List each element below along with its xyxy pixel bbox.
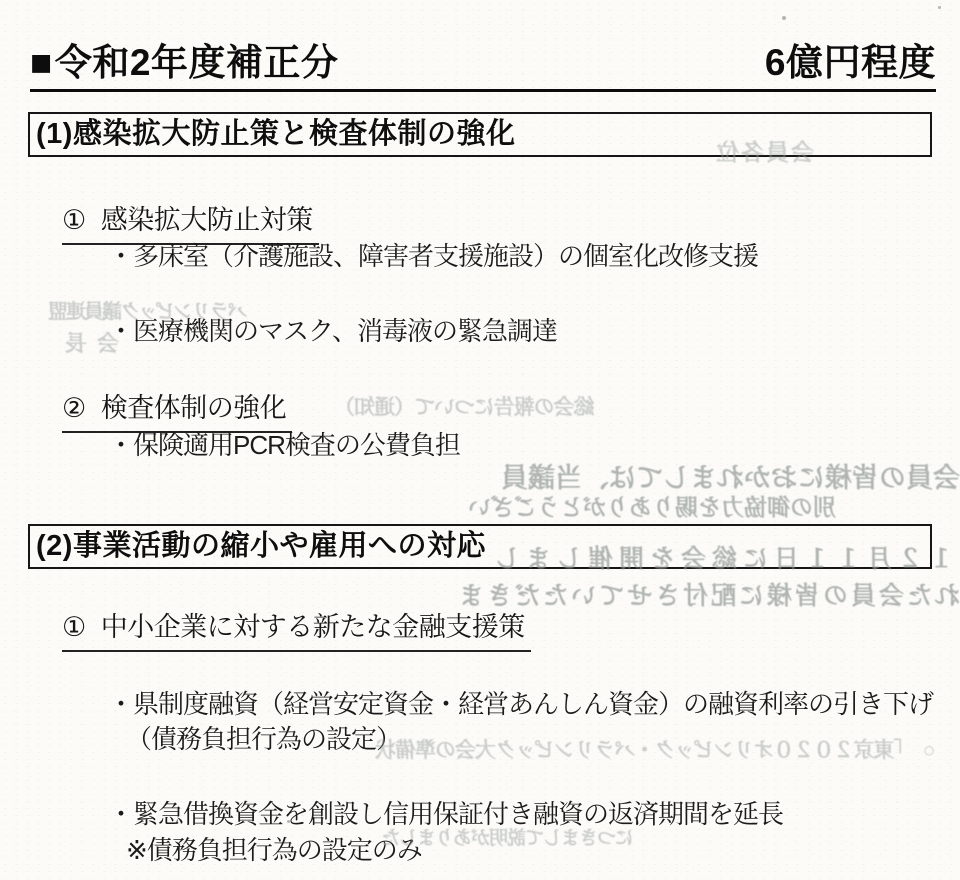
bleedthrough-text: パラリンピック議員連盟: [50, 295, 247, 324]
bleedthrough-text: ○ 「東京２０２０オリンピック・パラリンピック大会の準備状: [376, 734, 936, 764]
bleedthrough-text: １２月１１日に総会を開催しまし: [489, 539, 954, 575]
subsection-2-1-title: ①中小企業に対する新たな金融支援策: [62, 605, 531, 652]
bleedthrough-text: 総会の報告について（通知）: [335, 391, 595, 421]
subsection-2-1-text: 中小企業に対する新たな金融支援策: [101, 612, 525, 642]
bleedthrough-text: につきまして説明がありました: [382, 823, 634, 850]
circled-number-2: ②: [62, 393, 86, 423]
scan-speck: [782, 16, 786, 20]
bleedthrough-text: 会長: [55, 327, 119, 358]
bleedthrough-text: 会員各位: [714, 134, 814, 167]
section-2-heading-text: (2)事業活動の縮小や雇用への対応: [36, 530, 486, 562]
header-amount: 6億円程度: [765, 32, 936, 86]
subsection-2-1-underline: ①中小企業に対する新たな金融支援策: [62, 605, 531, 652]
subsection-1-2-text: 検査体制の強化: [101, 393, 287, 423]
header-title: ■令和2年度補正分: [30, 32, 338, 86]
bullet-line: ・県制度融資（経営安定資金・経営あんしん資金）の融資利率の引き下げ: [108, 684, 933, 721]
bullet-continuation-line: （債務負担行為の設定）: [126, 719, 401, 756]
bleedthrough-text: 別の御協力を賜りありがとうござい: [468, 489, 836, 522]
bullet-note-line: ※債務負担行為の設定のみ: [126, 830, 422, 867]
circled-number-1: ①: [62, 205, 86, 235]
subsection-1-1-text: 感染拡大防止対策: [101, 205, 313, 235]
scan-speck: [938, 6, 941, 9]
circled-number-1: ①: [62, 612, 86, 642]
scanned-document-page: ■令和2年度補正分 6億円程度 (1)感染拡大防止策と検査体制の強化 ①感染拡大…: [0, 0, 960, 880]
bullet-line: ・保険適用PCR検査の公費負担: [108, 425, 460, 462]
black-square-marker: ■: [30, 42, 53, 83]
header-title-text: 令和2年度補正分: [55, 42, 339, 83]
bullet-line: ・多床室（介護施設、障害者支援施設）の個室化改修支援: [108, 236, 758, 273]
document-header: ■令和2年度補正分 6億円程度: [30, 32, 936, 92]
scan-speck: [287, 820, 290, 823]
bleedthrough-text: れた会員の皆様に配付させていただきま: [456, 576, 960, 612]
section-1-heading-text: (1)感染拡大防止策と検査体制の強化: [36, 118, 515, 150]
